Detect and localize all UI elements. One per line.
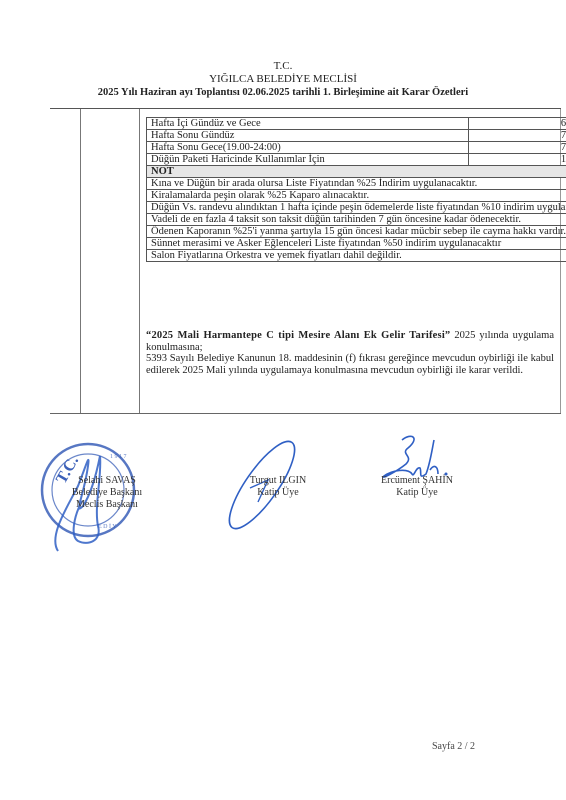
signatory-title: Katip Üye (238, 487, 318, 499)
signatory-clerk-1: Turgut ILGIN Katip Üye (238, 475, 318, 499)
page-number: Sayfa 2 / 2 (432, 741, 475, 752)
notes-heading: NOT (147, 166, 566, 178)
decision-body: 5393 Sayılı Belediye Kanunun 18. maddesi… (146, 353, 554, 376)
signatory-clerk-2: Ercüment ŞAHİN Katip Üye (372, 475, 462, 499)
header-meeting-title: 2025 Yılı Haziran ayı Toplantısı 02.06.2… (0, 86, 566, 99)
price-amount: 15.000 TL (469, 154, 566, 165)
price-amount: 75.000 TL (469, 142, 566, 153)
column-divider (139, 109, 140, 413)
note-item: Kiralamalarda peşin olarak %25 Kaparo al… (147, 190, 566, 202)
note-item: Sünnet merasimi ve Asker Eğlenceleri Lis… (147, 238, 566, 250)
signatory-name: Ercüment ŞAHİN (372, 475, 462, 487)
column-divider (80, 109, 81, 413)
header-council: YIĞILCA BELEDİYE MECLİSİ (0, 73, 566, 86)
price-label: Düğün Paketi Haricinde Kullanımlar İçin (147, 154, 469, 165)
signatory-title: Belediye Başkanı (52, 487, 162, 499)
price-label: Hafta Sonu Gündüz (147, 130, 469, 141)
price-row: Hafta Sonu Gündüz 70.000 TL (147, 130, 566, 142)
price-amount: 70.000 TL (469, 130, 566, 141)
signatory-title: Katip Üye (372, 487, 462, 499)
price-table: Hafta İçi Gündüz ve Gece 60.000 TL Hafta… (146, 117, 566, 262)
signatory-name: Turgut ILGIN (238, 475, 318, 487)
price-label: Hafta İçi Gündüz ve Gece (147, 118, 469, 129)
tariff-title: “2025 Mali Harmantepe C tipi Mesire Alan… (146, 330, 450, 341)
note-item: Ödenen Kaporanın %25'i yanma şartıyla 15… (147, 226, 566, 238)
header-tc: T.C. (0, 60, 566, 73)
document-header: T.C. YIĞILCA BELEDİYE MECLİSİ 2025 Yılı … (0, 60, 566, 99)
price-label: Hafta Sonu Gece(19.00-24:00) (147, 142, 469, 153)
signatory-name: Selahi SAVAŞ (52, 475, 162, 487)
price-amount: 60.000 TL (469, 118, 566, 129)
signatory-mayor: Selahi SAVAŞ Belediye Başkanı Meclis Baş… (52, 475, 162, 511)
note-item: Vadeli de en fazla 4 taksit son taksit d… (147, 214, 566, 226)
note-item: Kına ve Düğün bir arada olursa Liste Fiy… (147, 178, 566, 190)
price-row: Hafta İçi Gündüz ve Gece 60.000 TL (147, 118, 566, 130)
note-item: Düğün Vs. randevu alındıktan 1 hafta içi… (147, 202, 566, 214)
signatory-title: Meclis Başkanı (52, 499, 162, 511)
note-item: Salon Fiyatlarına Orkestra ve yemek fiya… (147, 250, 566, 261)
price-row: Hafta Sonu Gece(19.00-24:00) 75.000 TL (147, 142, 566, 154)
decision-text: “2025 Mali Harmantepe C tipi Mesire Alan… (146, 330, 554, 376)
price-row: Düğün Paketi Haricinde Kullanımlar İçin … (147, 154, 566, 166)
